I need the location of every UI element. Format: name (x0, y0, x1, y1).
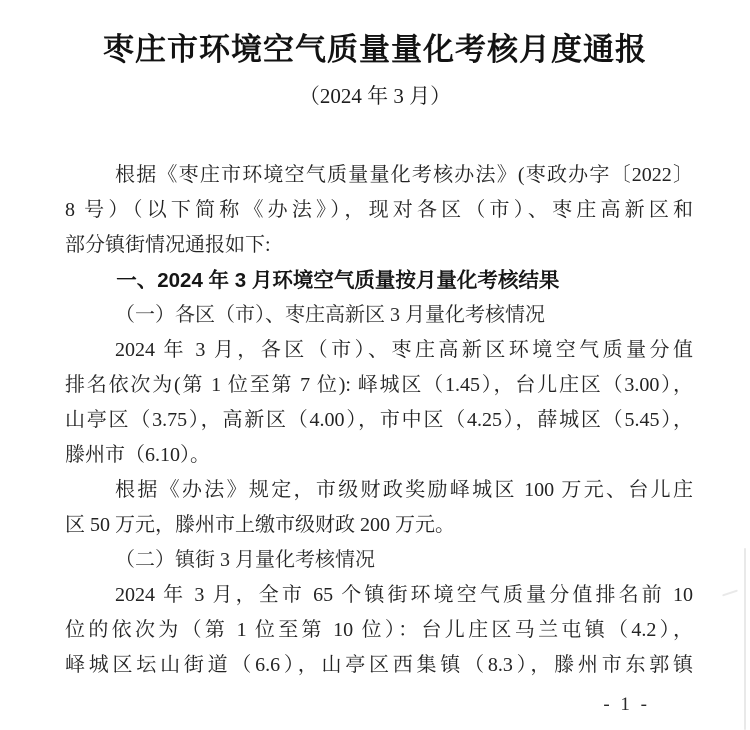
heading-line: 一、2024 年 3 月环境空气质量按月量化考核结果 (65, 263, 693, 298)
subheading-line: （二）镇街 3 月量化考核情况 (65, 543, 693, 578)
scan-smudge-artifact (722, 590, 738, 597)
paragraph-line: 排名依次为(第 1 位至第 7 位): 峄城区（1.45），台儿庄区（3.00）… (65, 368, 693, 403)
paragraph-line: 位的依次为（第 1 位至第 10 位）：台儿庄区马兰屯镇（4.2）， (65, 613, 693, 648)
paragraph-line: 滕州市（6.10）。 (65, 438, 693, 473)
paragraph-line: 2024 年 3 月，各区（市）、枣庄高新区环境空气质量分值 (65, 333, 693, 368)
document-page: 枣庄市环境空气质量量化考核月度通报 （2024 年 3 月） 根据《枣庄市环境空… (0, 0, 750, 730)
paragraph-line: 峄城区坛山街道（6.6），山亭区西集镇（8.3），滕州市东郭镇 (65, 648, 693, 683)
page-number: - 1 - (603, 694, 650, 716)
paragraph-line: 8 号）（以下简称《办法》），现对各区（市）、枣庄高新区和 (65, 193, 693, 228)
paragraph-line: 部分镇街情况通报如下: (65, 228, 693, 263)
paragraph-line: 根据《枣庄市环境空气质量量化考核办法》(枣政办字〔2022〕 (65, 158, 693, 193)
document-subtitle: （2024 年 3 月） (0, 80, 750, 110)
scan-edge-artifact (744, 548, 746, 730)
paragraph-line: 2024 年 3 月，全市 65 个镇街环境空气质量分值排名前 10 (65, 578, 693, 613)
document-body: 根据《枣庄市环境空气质量量化考核办法》(枣政办字〔2022〕8 号）（以下简称《… (65, 158, 693, 683)
paragraph-line: 根据《办法》规定，市级财政奖励峄城区 100 万元、台儿庄 (65, 473, 693, 508)
document-title: 枣庄市环境空气质量量化考核月度通报 (0, 24, 750, 69)
subheading-line: （一）各区（市）、枣庄高新区 3 月量化考核情况 (65, 298, 693, 333)
paragraph-line: 山亭区（3.75），高新区（4.00），市中区（4.25），薛城区（5.45）， (65, 403, 693, 438)
paragraph-line: 区 50 万元，滕州市上缴市级财政 200 万元。 (65, 508, 693, 543)
